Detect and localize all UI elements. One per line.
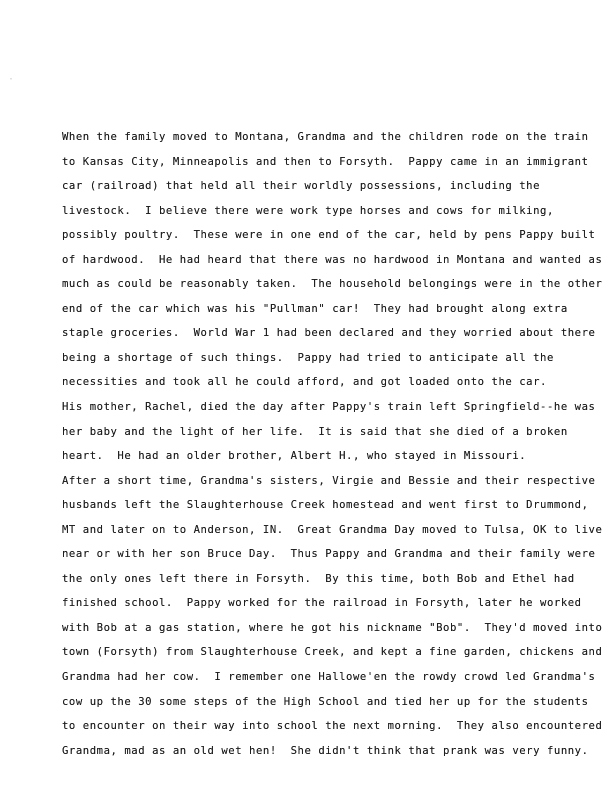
text-line: to Kansas City, Minneapolis and then to …: [62, 150, 602, 175]
text-line: finished school. Pappy worked for the ra…: [62, 591, 602, 616]
text-line: MT and later on to Anderson, IN. Great G…: [62, 518, 602, 543]
text-line: town (Forsyth) from Slaughterhouse Creek…: [62, 640, 602, 665]
text-line: staple groceries. World War 1 had been d…: [62, 321, 602, 346]
text-line: necessities and took all he could afford…: [62, 370, 602, 395]
scan-speck: ·: [8, 74, 28, 88]
text-line: much as could be reasonably taken. The h…: [62, 272, 602, 297]
text-line: cow up the 30 some steps of the High Sch…: [62, 690, 602, 715]
text-line: husbands left the Slaughterhouse Creek h…: [62, 493, 602, 518]
text-line: Grandma had her cow. I remember one Hall…: [62, 665, 602, 690]
text-line: to encounter on their way into school th…: [62, 714, 602, 739]
text-line: Grandma, mad as an old wet hen! She didn…: [62, 739, 602, 764]
text-line: near or with her son Bruce Day. Thus Pap…: [62, 542, 602, 567]
text-line: her baby and the light of her life. It i…: [62, 420, 602, 445]
text-line: the only ones left there in Forsyth. By …: [62, 567, 602, 592]
text-line: After a short time, Grandma's sisters, V…: [62, 469, 602, 494]
text-line: end of the car which was his "Pullman" c…: [62, 297, 602, 322]
text-line: of hardwood. He had heard that there was…: [62, 248, 602, 273]
text-line: possibly poultry. These were in one end …: [62, 223, 602, 248]
text-line: car (railroad) that held all their world…: [62, 174, 602, 199]
text-line: His mother, Rachel, died the day after P…: [62, 395, 602, 420]
text-line: When the family moved to Montana, Grandm…: [62, 125, 602, 150]
document-page: · When the family moved to Montana, Gran…: [0, 0, 612, 792]
text-line: with Bob at a gas station, where he got …: [62, 616, 602, 641]
text-line: livestock. I believe there were work typ…: [62, 199, 602, 224]
text-line: heart. He had an older brother, Albert H…: [62, 444, 602, 469]
text-line: being a shortage of such things. Pappy h…: [62, 346, 602, 371]
memoir-text: When the family moved to Montana, Grandm…: [62, 125, 602, 763]
